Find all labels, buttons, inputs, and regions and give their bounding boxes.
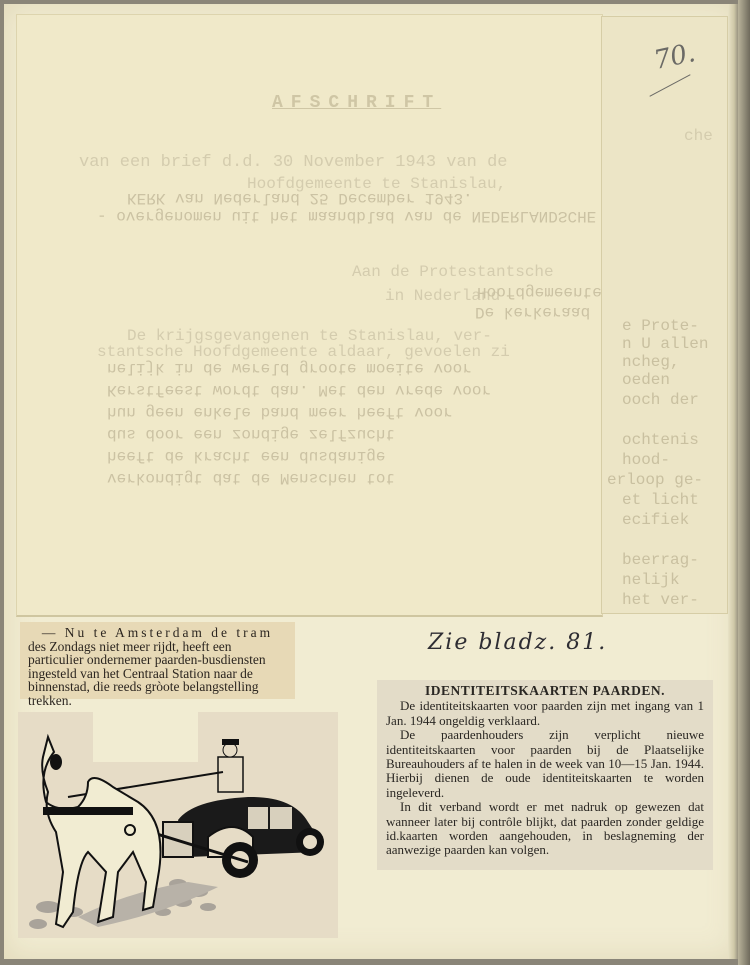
fold-line: che <box>684 127 713 145</box>
fold-line: ncheg, <box>622 353 680 371</box>
mirror-line: nelijk in de wereld groote moeite voor <box>107 359 472 377</box>
fold-line: erloop ge- <box>607 471 703 489</box>
fold-line: et licht <box>622 491 699 509</box>
fold-line: ecifiek <box>622 511 689 529</box>
typed-letter-copy: AFSCHRIFT van een brief d.d. 30 November… <box>16 14 603 617</box>
fold-line: het ver- <box>622 591 699 609</box>
fold-line: e Prote- <box>622 317 699 335</box>
handwritten-note: Zie bladz. 81. <box>428 630 607 655</box>
mirror-line: Kerstfeest wordt dan. Met den vrede voor <box>107 381 491 399</box>
fold-line: nelijk <box>622 571 680 589</box>
mirror-line: heeft de kracht een dusdanige <box>107 447 385 465</box>
fold-line: n U allen <box>622 335 708 353</box>
mirror-line: KERK van Nederland 25 December 1943. <box>127 189 473 207</box>
fold-line: beerrag- <box>622 551 699 569</box>
clipping-paragraph: In dit verband wordt er met nadruk op ge… <box>386 800 704 858</box>
letter-heading: AFSCHRIFT <box>272 93 441 113</box>
mirror-line: De kerkeraad <box>475 303 590 321</box>
fold-line: oeden <box>622 371 670 389</box>
mirror-line: - overgenomen uit het maandblad van de N… <box>97 207 603 225</box>
page-number: 70. <box>651 38 698 76</box>
clipping-body: des Zondags niet meer rijdt, heeft een p… <box>28 639 266 708</box>
fold-line: ochtenis <box>622 431 699 449</box>
letter-line: van een brief d.d. 30 November 1943 van … <box>79 153 507 172</box>
page-edge <box>728 4 738 959</box>
newspaper-clipping-identity-cards: IDENTITEITSKAARTEN PAARDEN. De identitei… <box>377 680 713 870</box>
fold-line: hood- <box>622 451 670 469</box>
horse-car-illustration <box>18 712 338 938</box>
mirror-line: dus door een zondige zelfzucht <box>107 425 395 443</box>
letter-line: Aan de Protestantsche <box>352 263 554 281</box>
mirror-line: verkondigt dat de Menschen tot <box>107 469 395 487</box>
mirror-line: Hoofdgemeente <box>477 283 602 301</box>
newspaper-clipping-tram: — Nu te Amsterdam de tram des Zondags ni… <box>20 622 295 699</box>
letter-folded-flap: 70. che e Prote- n U allen ncheg, oeden … <box>601 16 728 614</box>
book-binding-edge <box>738 0 750 965</box>
clipping-lead: — Nu te Amsterdam de tram <box>28 626 287 640</box>
mirror-line: hun geen enkele band meer heeft voor <box>107 403 453 421</box>
cartoon-horse-pulling-car <box>18 712 338 938</box>
fold-line: ooch der <box>622 391 699 409</box>
page-number-underline <box>649 74 690 96</box>
clipping-paragraph: De paardenhouders zijn verplicht nieuwe … <box>386 728 704 800</box>
clipping-paragraph: De identiteitskaarten voor paarden zijn … <box>386 699 704 728</box>
clipping-title: IDENTITEITSKAARTEN PAARDEN. <box>386 684 704 698</box>
